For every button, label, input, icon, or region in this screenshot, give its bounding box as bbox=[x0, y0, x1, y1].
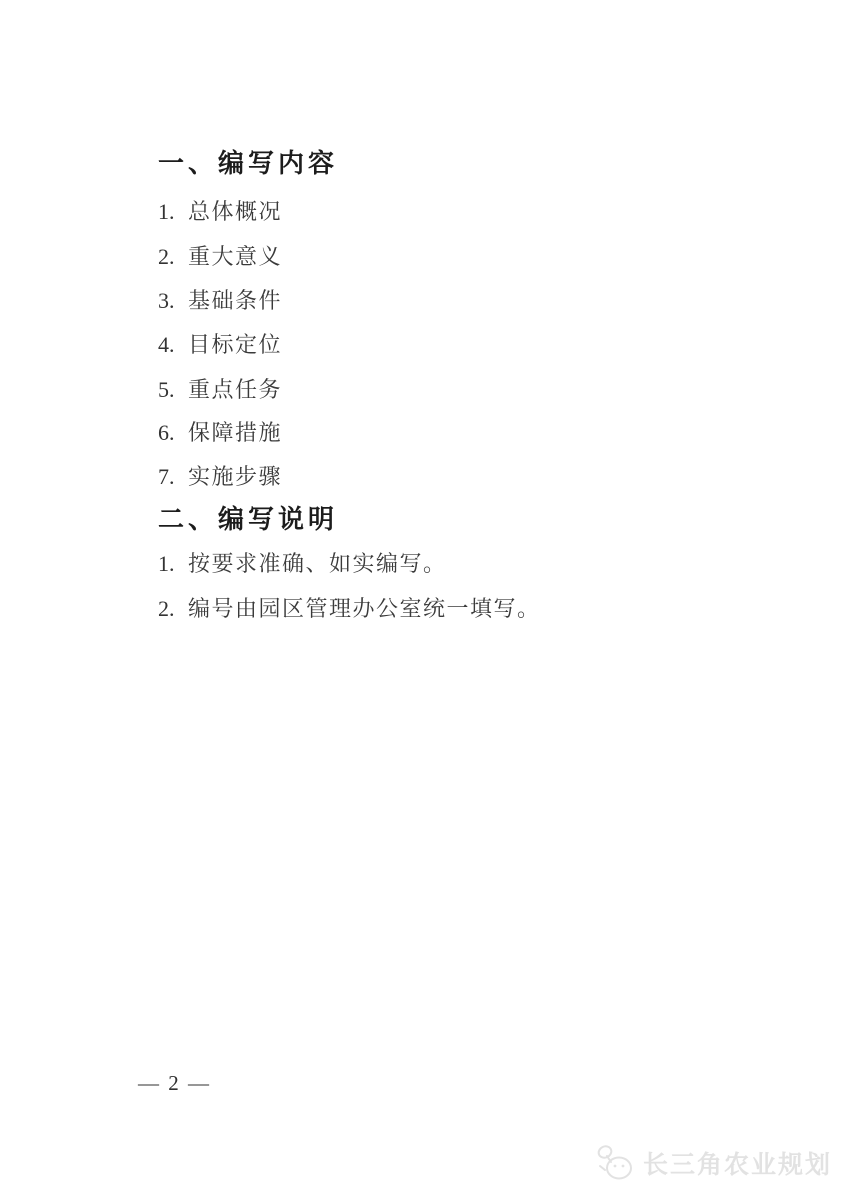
section-1-heading: 一、编写内容 bbox=[158, 149, 338, 177]
list-item-text: 保障措施 bbox=[188, 420, 282, 445]
list-item-text: 重点任务 bbox=[188, 377, 282, 402]
watermark-label: 长三角农业规划 bbox=[643, 1145, 832, 1181]
list-item-text: 实施步骤 bbox=[188, 464, 282, 489]
list-item: 3.基础条件 bbox=[158, 288, 282, 314]
list-item-text: 目标定位 bbox=[188, 332, 282, 357]
list-item-number: 1. bbox=[158, 551, 178, 577]
list-item-text: 编号由园区管理办公室统一填写。 bbox=[188, 596, 541, 621]
list-item-text: 总体概况 bbox=[188, 199, 282, 224]
list-item: 7.实施步骤 bbox=[158, 464, 282, 490]
list-item-text: 基础条件 bbox=[188, 288, 282, 313]
list-item-number: 4. bbox=[158, 332, 178, 358]
list-item-text: 重大意义 bbox=[188, 244, 282, 269]
document-page: 一、编写内容 1.总体概况 2.重大意义 3.基础条件 4.目标定位 5.重点任… bbox=[0, 0, 848, 1200]
list-item: 1.按要求准确、如实编写。 bbox=[158, 551, 447, 577]
list-item: 4.目标定位 bbox=[158, 332, 282, 358]
list-item: 1.总体概况 bbox=[158, 199, 282, 225]
list-item-number: 2. bbox=[158, 244, 178, 270]
watermark: 长三角农业规划 bbox=[595, 1142, 832, 1184]
mascot-logo-icon bbox=[595, 1142, 635, 1184]
list-item-number: 7. bbox=[158, 464, 178, 490]
list-item-text: 按要求准确、如实编写。 bbox=[188, 551, 447, 576]
list-item: 5.重点任务 bbox=[158, 377, 282, 403]
page-number: — 2 — bbox=[138, 1071, 211, 1096]
section-2-heading: 二、编写说明 bbox=[158, 505, 338, 533]
list-item: 2.重大意义 bbox=[158, 244, 282, 270]
list-item: 2.编号由园区管理办公室统一填写。 bbox=[158, 596, 541, 622]
list-item-number: 3. bbox=[158, 288, 178, 314]
list-item-number: 5. bbox=[158, 377, 178, 403]
list-item-number: 1. bbox=[158, 199, 178, 225]
list-item-number: 6. bbox=[158, 420, 178, 446]
list-item: 6.保障措施 bbox=[158, 420, 282, 446]
list-item-number: 2. bbox=[158, 596, 178, 622]
